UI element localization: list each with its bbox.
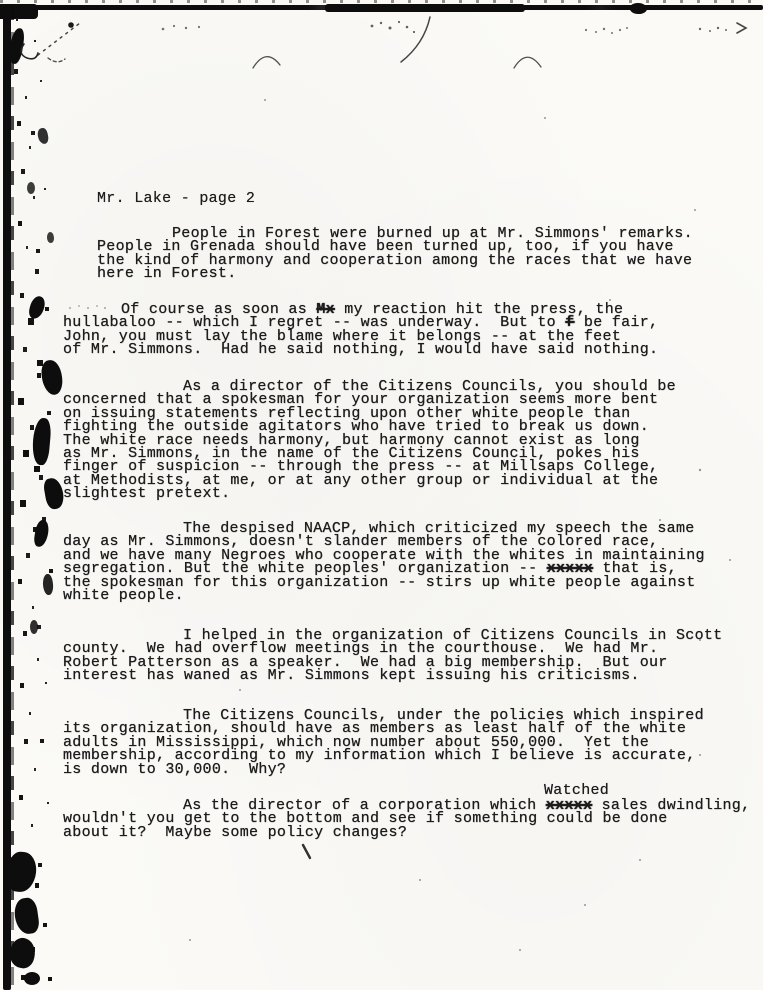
paragraph: The Citizens Councils, under the policie…: [63, 709, 704, 776]
scan-artifact-tick-row: [0, 0, 763, 3]
text-line: slightest pretext.: [63, 487, 676, 500]
scan-artifact-blob: [42, 574, 54, 596]
text-line: is down to 30,000. Why?: [63, 763, 704, 776]
text-line: interest has waned as Mr. Simmons kept i…: [63, 669, 722, 682]
text-line: of Mr. Simmons. Had he said nothing, I w…: [63, 343, 658, 356]
scan-artifact-top-border-knot: [630, 3, 647, 14]
paragraph: As the director of a corporation which x…: [63, 799, 750, 839]
paragraph: People in Forest were burned up at Mr. S…: [97, 227, 693, 281]
scan-artifact-blob: [24, 972, 40, 985]
scan-artifact-speckles-b: [34, 40, 36, 42]
scan-artifact-blob: [31, 417, 52, 465]
scan-artifact-blob: [36, 127, 49, 145]
scan-artifact-blob: [30, 620, 38, 634]
scan-artifact-blob: [6, 851, 38, 894]
text-line: about it? Maybe some policy changes?: [63, 826, 750, 839]
scan-artifact-blob: [27, 295, 46, 321]
paragraph: The despised NAACP, which criticized my …: [63, 522, 705, 602]
page-header: Mr. Lake - page 2: [97, 192, 255, 206]
scan-artifact-blob: [13, 897, 41, 936]
scan-artifact-top-border-thick: [325, 4, 525, 12]
typed-insertion-watched: Watched: [544, 784, 609, 797]
scan-artifact-blob: [40, 359, 64, 396]
paragraph: As a director of the Citizens Councils, …: [63, 380, 676, 501]
scan-artifact-speckles-a: [16, 18, 18, 21]
scan-artifact-left-edge-grain: [11, 6, 14, 990]
scan-artifact-blob: [27, 182, 35, 194]
scan-artifact-left-edge-bar: [3, 6, 11, 990]
text-line: here in Forest.: [97, 267, 693, 280]
scan-artifact-blob: [33, 519, 50, 548]
scan-artifact-blob: [47, 232, 54, 243]
paragraph: I helped in the organization of Citizens…: [63, 629, 722, 683]
text-line: white people.: [63, 589, 705, 602]
paragraph: Of course as soon as Mx my reaction hit …: [63, 303, 658, 357]
scanned-letter-page: Mr. Lake - page 2 People in Forest were …: [0, 0, 763, 990]
